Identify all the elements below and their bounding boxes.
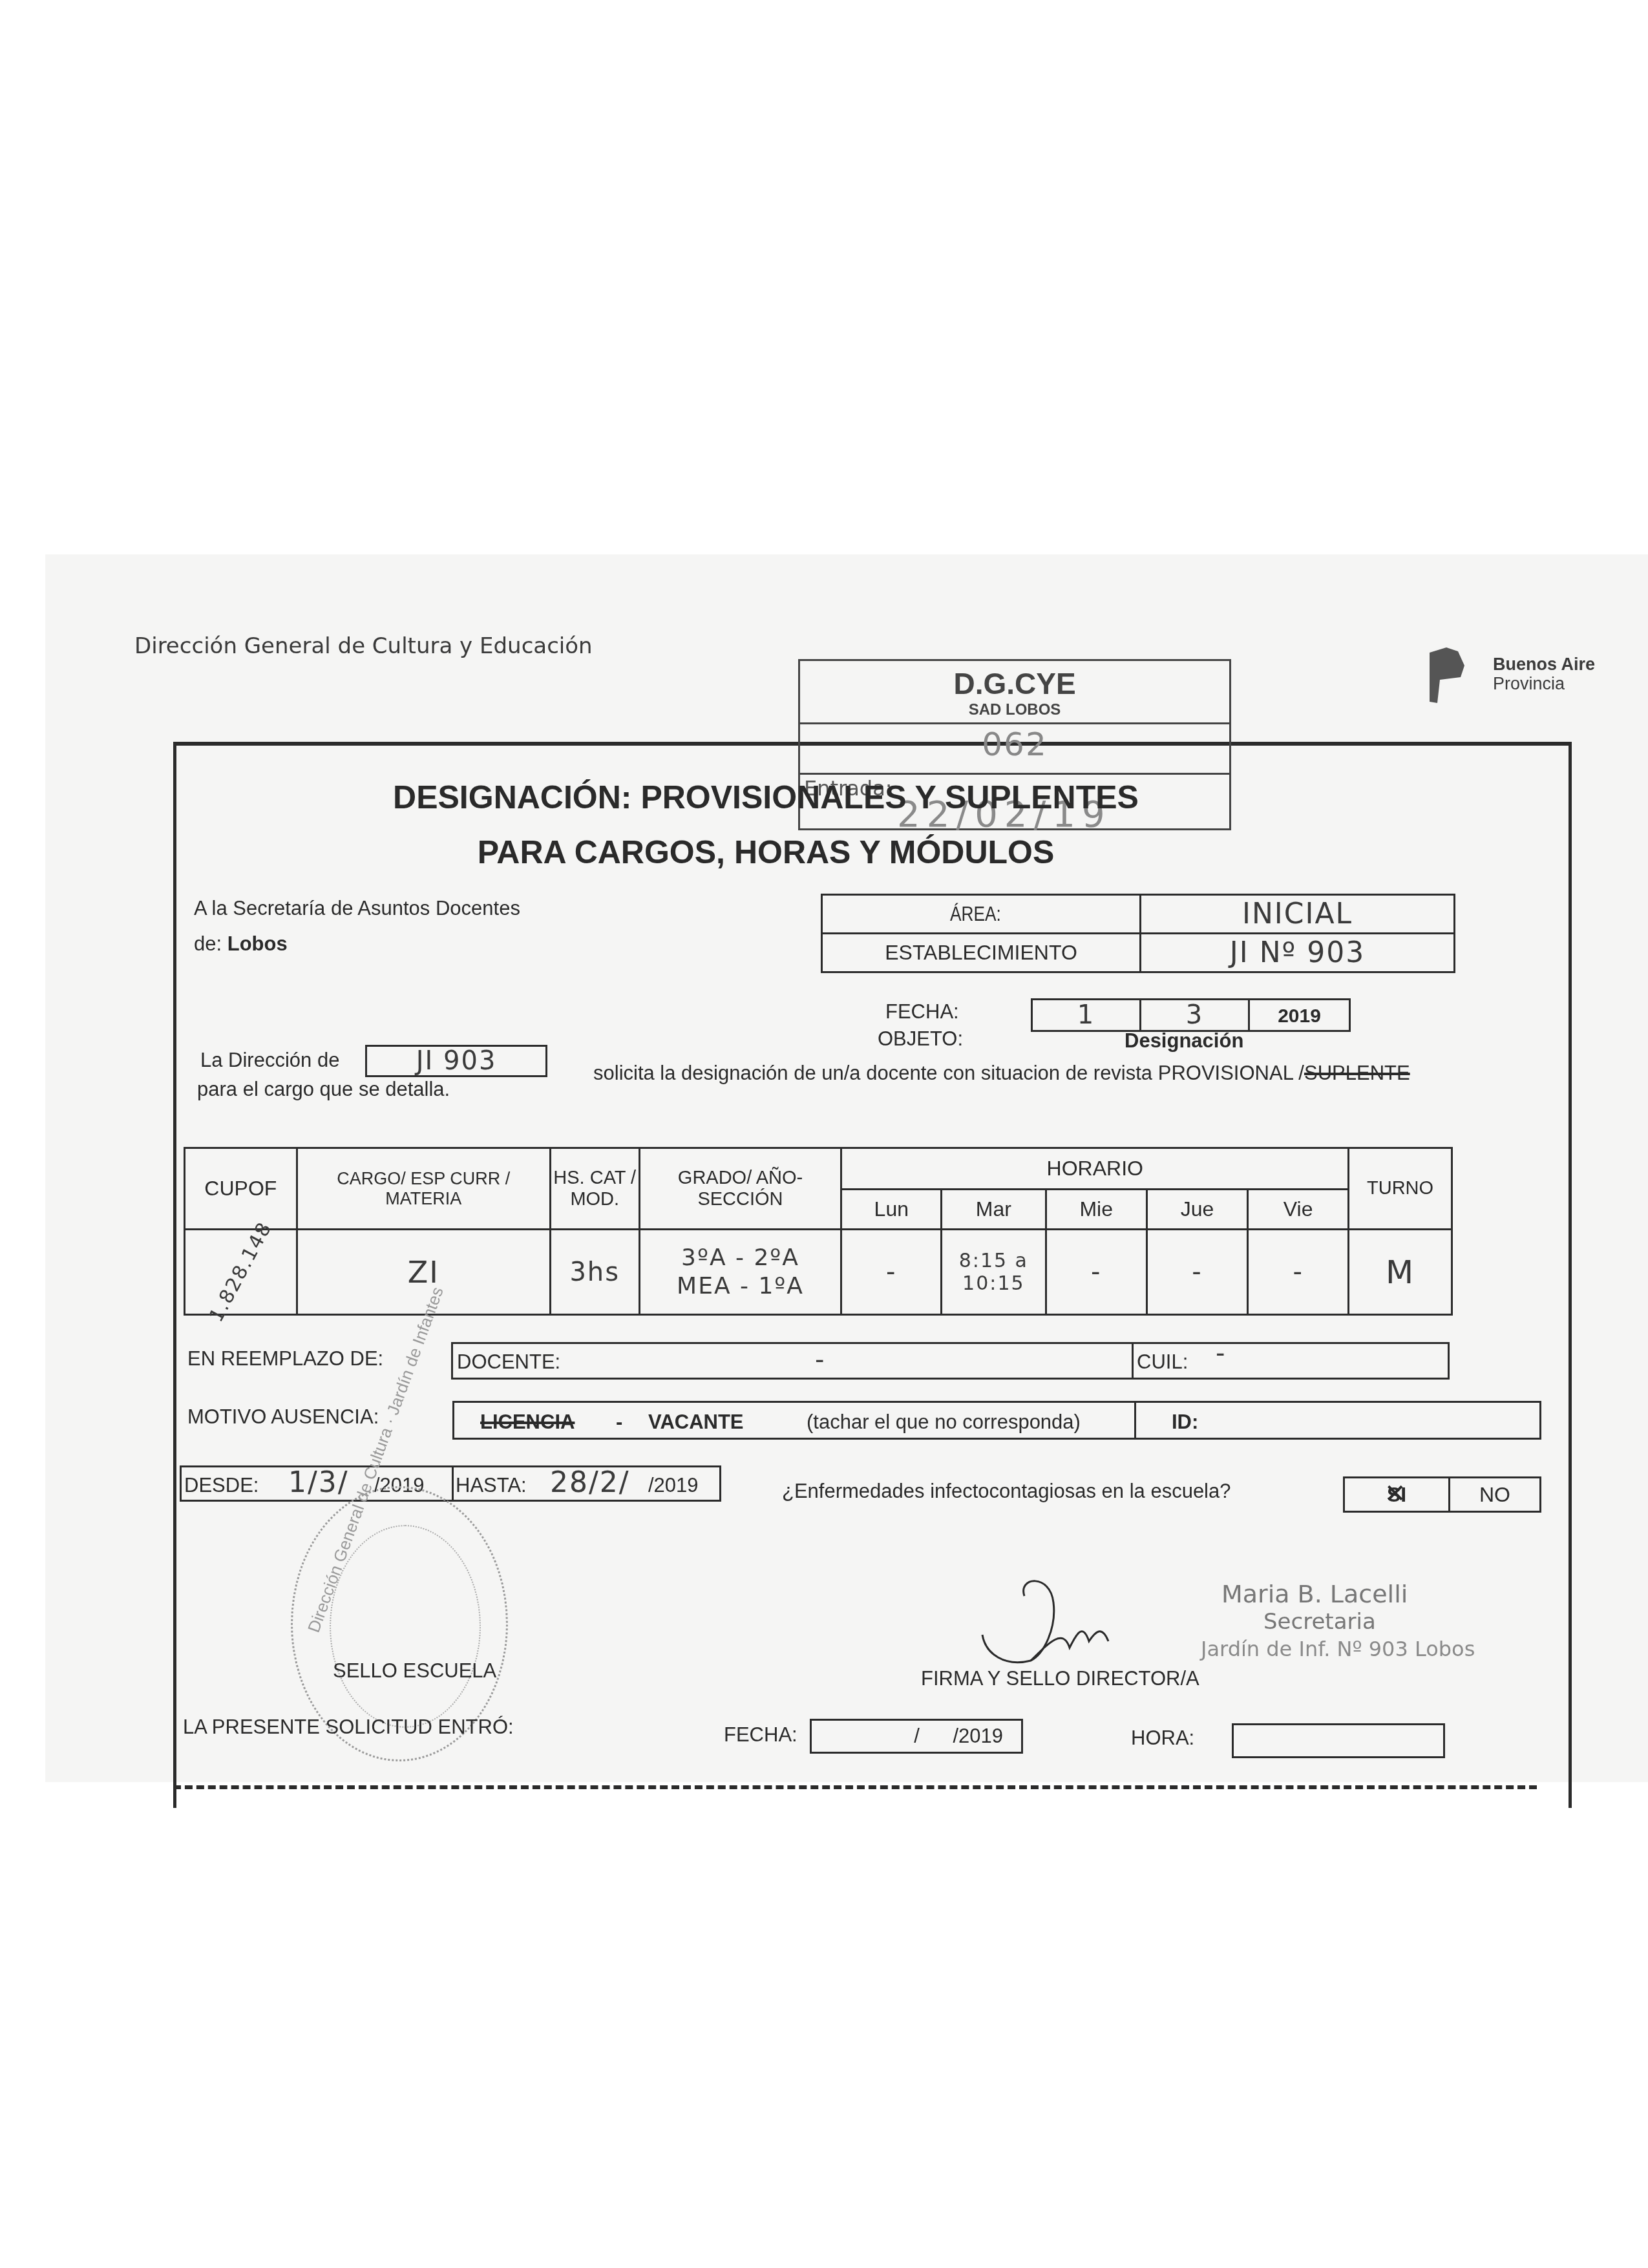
fecha-label: FECHA:: [885, 1000, 959, 1024]
ingreso-fecha-label: FECHA:: [724, 1723, 798, 1747]
header-turno: TURNO: [1367, 1178, 1433, 1199]
school-seal-inner-ring: [330, 1525, 481, 1728]
objeto-value: Designación: [1125, 1029, 1243, 1053]
addressee-line1: A la Secretaría de Asuntos Docentes: [194, 897, 520, 920]
hasta-label: HASTA:: [456, 1474, 527, 1497]
motivo-hint: (tachar el que no corresponda): [807, 1411, 1081, 1434]
ingreso-fecha-field[interactable]: / /2019: [810, 1719, 1023, 1754]
logo-line1: Buenos Aire: [1493, 655, 1595, 675]
enfermedades-options: SI✕ NO: [1343, 1476, 1541, 1513]
reemplazo-box: DOCENTE: - CUIL: -: [451, 1342, 1450, 1380]
header-horario: HORARIO: [1047, 1157, 1143, 1180]
header-grado: GRADO/ AÑO- SECCIÓN: [678, 1168, 803, 1210]
addressee-line2: de: Lobos: [194, 932, 288, 956]
header-day-lun: Lun: [874, 1197, 909, 1221]
periodo-box: DESDE: 1/3/ /2019 HASTA: 28/2/ /2019: [180, 1465, 721, 1502]
row-grado-line1: 3ºA - 2ºA: [640, 1244, 841, 1272]
logo-line2: Provincia: [1493, 674, 1565, 694]
firma-director-label: FIRMA Y SELLO DIRECTOR/A: [921, 1667, 1199, 1690]
no-option: NO: [1479, 1483, 1510, 1506]
sello-name: Maria B. Lacelli: [1221, 1580, 1408, 1608]
header-day-jue: Jue: [1181, 1197, 1214, 1221]
buenos-aires-province-map-icon: [1427, 646, 1466, 704]
objeto-label: OBJETO:: [878, 1027, 963, 1051]
cut-line-divider: [173, 1785, 1537, 1789]
docente-value: -: [815, 1345, 825, 1375]
row-day-mie: -: [1091, 1257, 1101, 1287]
desde-label: DESDE:: [184, 1474, 259, 1497]
solicita-main: solicita la designación de un/a docente …: [593, 1062, 1304, 1084]
sello-role: Secretaria: [1263, 1609, 1376, 1635]
header-cargo: CARGO/ ESP CURR / MATERIA: [337, 1169, 510, 1208]
direccion-value: JI 903: [367, 1047, 545, 1075]
ingreso-label: LA PRESENTE SOLICITUD ENTRÓ:: [183, 1716, 514, 1739]
motivo-selected-option: VACANTE: [648, 1411, 744, 1434]
sello-escuela-label: SELLO ESCUELA: [333, 1659, 496, 1683]
direccion-prefix: La Dirección de: [200, 1049, 339, 1072]
motivo-struck-option: LICENCIA: [480, 1411, 575, 1434]
establecimiento-value: JI Nº 903: [1230, 936, 1366, 969]
motivo-separator: -: [616, 1411, 622, 1434]
fecha-month: 3: [1186, 1000, 1203, 1030]
ingreso-hora-field[interactable]: [1232, 1723, 1445, 1758]
area-table: ÁREA: INICIAL ESTABLECIMIENTO JI Nº 903: [821, 894, 1455, 973]
stamp-number: 062: [800, 726, 1229, 763]
designation-table: CUPOF CARGO/ ESP CURR / MATERIA HS. CAT …: [184, 1147, 1453, 1316]
sello-institution: Jardín de Inf. Nº 903 Lobos: [1201, 1637, 1475, 1661]
direccion-box: JI 903: [365, 1045, 547, 1077]
area-label: ÁREA:: [950, 902, 1001, 926]
header-day-mie: Mie: [1079, 1197, 1113, 1221]
cuil-value: -: [1216, 1339, 1226, 1369]
ingreso-hora-label: HORA:: [1131, 1727, 1194, 1750]
row-turno: M: [1386, 1254, 1415, 1291]
header-hs: HS. CAT / MOD.: [553, 1168, 636, 1210]
form-title-line2: PARA CARGOS, HORAS Y MÓDULOS: [0, 834, 1532, 871]
row-hs: 3hs: [569, 1257, 620, 1287]
addressee-district: Lobos: [227, 932, 288, 955]
licencia-option: LICENCIA: [480, 1411, 575, 1433]
stamp-title: D.G.CYE: [800, 666, 1229, 701]
motivo-box: LICENCIA - VACANTE (tachar el que no cor…: [452, 1401, 1541, 1440]
solicita-struck-option: SUPLENTE: [1304, 1062, 1410, 1084]
row-day-lun: -: [886, 1257, 896, 1287]
cuil-label: CUIL:: [1137, 1350, 1188, 1374]
row-day-jue: -: [1192, 1257, 1202, 1287]
establecimiento-label: ESTABLECIMIENTO: [885, 941, 1077, 965]
reemplazo-label: EN REEMPLAZO DE:: [187, 1347, 383, 1370]
row-day-mar: 8:15 a 10:15: [958, 1250, 1029, 1295]
header-cupof: CUPOF: [204, 1177, 277, 1200]
hasta-value: 28/2/: [550, 1466, 630, 1499]
motivo-label: MOTIVO AUSENCIA:: [187, 1405, 379, 1429]
cross-mark-icon: ✕: [1384, 1479, 1406, 1509]
docente-label: DOCENTE:: [457, 1350, 560, 1374]
director-signature-icon: [979, 1577, 1147, 1674]
solicita-text: solicita la designación de un/a docente …: [593, 1062, 1410, 1085]
ingreso-fecha-value: / /2019: [812, 1721, 1021, 1752]
addressee-prefix: de:: [194, 932, 222, 955]
org-name: Dirección General de Cultura y Educación: [134, 633, 593, 659]
si-option: SI✕: [1387, 1483, 1406, 1506]
fecha-year: 2019: [1278, 1005, 1321, 1027]
id-label: ID:: [1172, 1411, 1198, 1434]
header-day-vie: Vie: [1284, 1197, 1313, 1221]
row-grado-line2: MEA - 1ºA: [640, 1272, 841, 1301]
desde-value: 1/3/: [288, 1466, 349, 1499]
fecha-day: 1: [1077, 1000, 1095, 1030]
area-value: INICIAL: [1242, 898, 1353, 930]
form-title-line1: DESIGNACIÓN: PROVISIONALES Y SUPLENTES: [0, 779, 1532, 816]
table-row: 1.828.148 ZI 3hs 3ºA - 2ºAMEA - 1ºA - 8:…: [185, 1230, 1452, 1315]
stamp-subtitle: SAD LOBOS: [800, 701, 1229, 719]
direccion-suffix: para el cargo que se detalla.: [197, 1078, 450, 1101]
fecha-boxes: 1 3 2019: [1031, 998, 1351, 1032]
hasta-year: /2019: [648, 1474, 699, 1497]
row-cargo: ZI: [408, 1255, 439, 1290]
header-day-mar: Mar: [976, 1197, 1011, 1221]
enfermedades-question: ¿Enfermedades infectocontagiosas en la e…: [782, 1480, 1231, 1503]
row-cupof: 1.828.148: [205, 1218, 277, 1326]
row-day-vie: -: [1293, 1257, 1303, 1287]
